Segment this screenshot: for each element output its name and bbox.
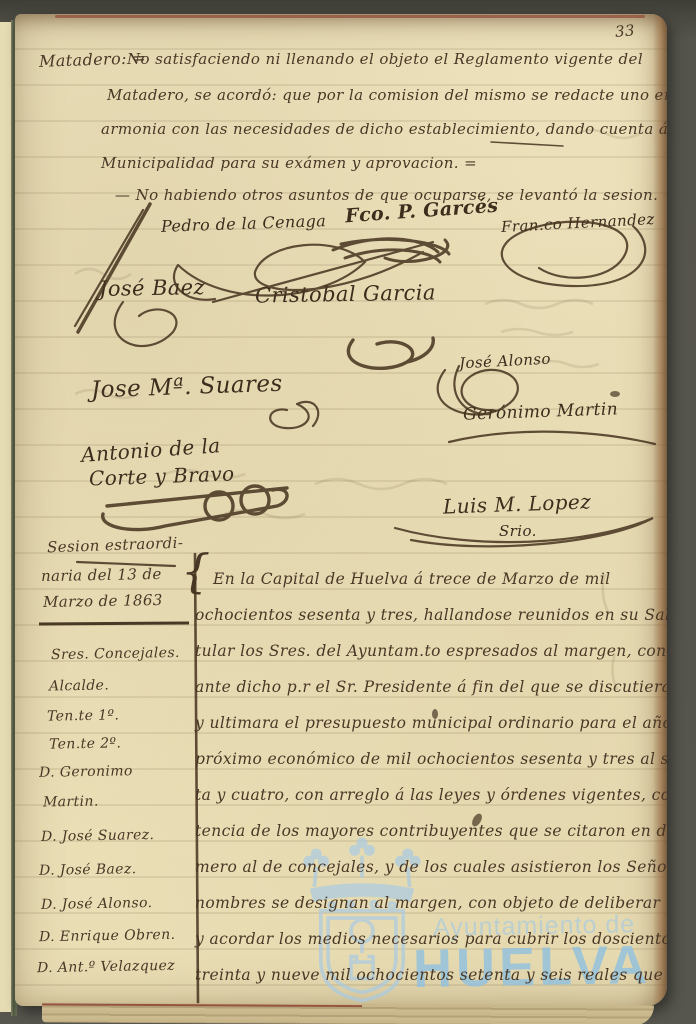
attendee-item: Ten.te 1º. [47, 707, 120, 724]
attendee-item: D. Ant.º Velazquez [37, 958, 175, 976]
signature-pedro-cenaga: Pedro de la Cenaga [161, 211, 327, 236]
body-line: tencia de los mayores contribuyentes que… [195, 822, 667, 840]
session-note-line: naria del 13 de [41, 565, 162, 585]
signature-antonio-corte-line2: Corte y Bravo [89, 461, 235, 490]
flourish [103, 488, 287, 530]
body-line: tular los Sres. del Ayuntam.to espresado… [195, 642, 667, 660]
photo-background: Ayuntamiento de HUELVA 33 Mat [0, 0, 696, 1024]
minute-line: Matadero, se acordó: que por la comision… [107, 86, 667, 104]
flourish [205, 492, 233, 520]
attendee-item: D. José Baez. [39, 861, 137, 879]
opening-brace: { [181, 544, 211, 598]
minute-line: No satisfaciendo ni llenando el objeto e… [127, 50, 643, 68]
body-line: ochocientos sesenta y tres, hallandose r… [195, 606, 667, 624]
signature-baez: José Baez [99, 275, 205, 301]
body-line: treinta y nueve mil ochocientos setenta … [195, 966, 663, 984]
session-note-line: Sesion estraordi- [47, 534, 184, 557]
body-line: y ultimara el presupuesto municipal ordi… [195, 714, 667, 732]
body-line: nombres se designan al margen, con objet… [195, 894, 660, 912]
attendee-item: D. Enrique Obren. [39, 927, 176, 945]
attendee-item: Alcalde. [49, 677, 109, 694]
attendee-item: Martin. [43, 794, 99, 811]
bottom-red-tint [42, 1003, 362, 1007]
closing-line: — No habiendo otros asuntos de que ocupa… [115, 186, 658, 204]
signature-geronimo-martin: Gerónimo Martin [463, 399, 619, 424]
signature-cristobal-garcia: Cristobal Garcia [255, 280, 436, 307]
flourish [449, 432, 655, 444]
signature-suares: Jose Mª. Suares [91, 371, 283, 404]
page-bottom-edges [42, 1002, 654, 1024]
body-line: próximo económico de mil ochocientos ses… [195, 750, 667, 768]
attendee-item: D. Geronimo [39, 763, 133, 781]
signature-luis-lopez: Luis M. Lopez [443, 489, 592, 518]
pen-slash [78, 204, 150, 332]
minute-line: Municipalidad para su exámen y aprovacio… [101, 154, 477, 172]
attendee-item: D. José Alonso. [41, 895, 153, 913]
signature-jose-alonso: José Alonso [459, 350, 552, 373]
pen-slash [75, 210, 143, 326]
underline [491, 142, 563, 146]
flourish [348, 338, 433, 368]
ink-blot [610, 391, 620, 397]
body-line: ante dicho p.r el Sr. Presidente á fin d… [195, 678, 667, 696]
body-line: mero al de concejales, y de los cuales a… [195, 858, 667, 876]
page-top-tint [55, 15, 645, 18]
flourish [333, 239, 449, 262]
body-line: ta y cuatro, con arreglo á las leyes y ó… [195, 786, 667, 804]
attendee-item: D. José Suarez. [41, 827, 155, 845]
session-note-line: Marzo de 1863 [43, 591, 163, 611]
minute-line: armonia con las necesidades de dicho est… [101, 120, 667, 138]
flourish [241, 486, 269, 514]
body-line: y acordar los medios necesarios para cub… [195, 930, 667, 948]
body-line: En la Capital de Huelva á trece de Marzo… [213, 570, 610, 588]
page-number: 33 [614, 21, 635, 41]
signature-hernandez: Fran.co Hernandez [501, 210, 655, 236]
signature-secretario-abbrev: Srio. [499, 522, 537, 540]
attendee-item: Sres. Concejales. [51, 645, 180, 663]
manuscript-page: Ayuntamiento de HUELVA 33 Mat [15, 14, 667, 1006]
flourish [115, 302, 177, 346]
flourish [270, 402, 318, 428]
margin-separator-rule [39, 621, 189, 625]
attendee-item: Ten.te 2º. [49, 735, 122, 752]
